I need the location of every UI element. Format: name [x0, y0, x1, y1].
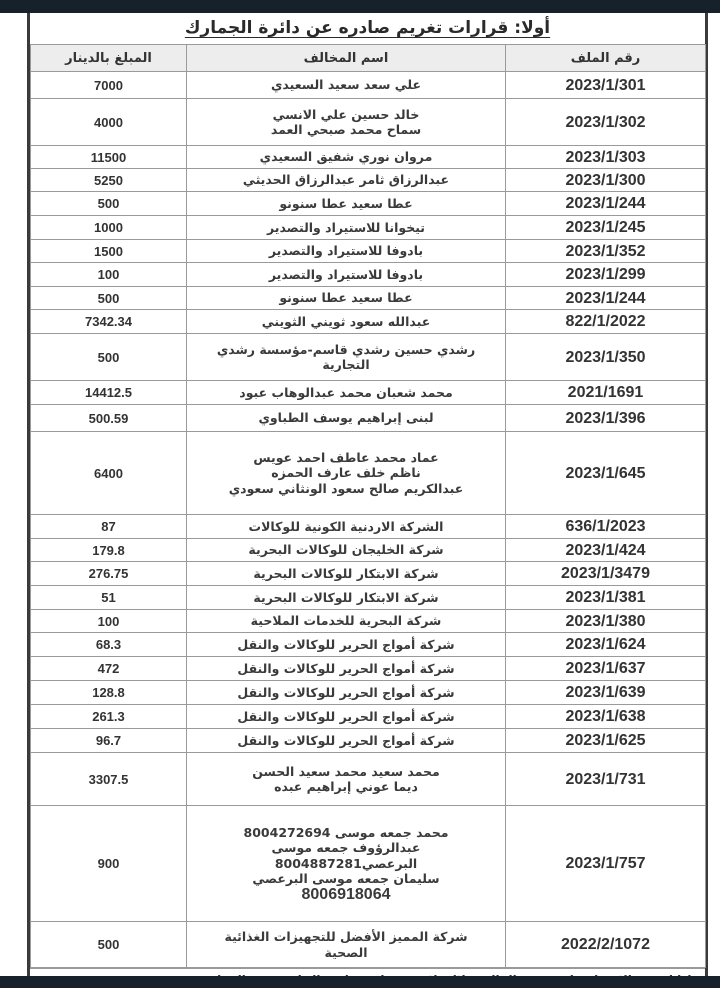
file-number-cell: 2023/1/396 — [506, 405, 706, 432]
table-row: 2023/1/3479شركة الابتكار للوكالات البحري… — [31, 562, 706, 586]
violator-name-cell: بادوفا للاستيراد والتصدير — [187, 263, 506, 287]
violator-name-line: شركة البحرية للخدمات الملاحية — [191, 613, 501, 629]
file-number-cell: 2023/1/731 — [506, 753, 706, 806]
violator-name-cell: شركة الابتكار للوكالات البحرية — [187, 562, 506, 586]
violator-name-line: عبدالرؤوف جمعه موسى — [191, 840, 501, 856]
file-number-cell: 2023/1/625 — [506, 729, 706, 753]
violator-name-line: شركة أمواج الحرير للوكالات والنقل — [191, 637, 501, 653]
violator-name-line: شركة أمواج الحرير للوكالات والنقل — [191, 661, 501, 677]
table-row: 636/1/2023الشركة الاردنية الكونية للوكال… — [31, 515, 706, 539]
amount-cell: 128.8 — [31, 681, 187, 705]
violator-name-cell: تيخوانا للاستيراد والتصدير — [187, 216, 506, 240]
table-row: 2023/1/381شركة الابتكار للوكالات البحرية… — [31, 586, 706, 610]
table-row: 2023/1/638شركة أمواج الحرير للوكالات وال… — [31, 705, 706, 729]
violator-name-line: ناظم خلف عارف الحمزه — [191, 465, 501, 481]
table-row: 2023/1/302خالد حسين علي الانسيسماح محمد … — [31, 99, 706, 146]
table-row: 2023/1/637شركة أمواج الحرير للوكالات وال… — [31, 657, 706, 681]
violator-name-cell: شركة المميز الأفضل للتجهيزات الغذائيةالص… — [187, 922, 506, 968]
violator-name-line: شركة أمواج الحرير للوكالات والنقل — [191, 709, 501, 725]
table-row: 2023/1/639شركة أمواج الحرير للوكالات وال… — [31, 681, 706, 705]
violator-name-cell: الشركة الاردنية الكونية للوكالات — [187, 515, 506, 539]
violator-name-line: عماد محمد عاطف احمد عويس — [191, 450, 501, 466]
violator-name-cell: شركة الابتكار للوكالات البحرية — [187, 586, 506, 610]
table-row: 2023/1/300عبدالرزاق ثامر عبدالرزاق الحدي… — [31, 169, 706, 192]
table-row: 2023/1/731محمد سعيد محمد سعيد الحسنديما … — [31, 753, 706, 806]
violator-name-cell: محمد جمعه موسى 8004272694عبدالرؤوف جمعه … — [187, 806, 506, 922]
violator-name-line: عبدالله سعود ثويني الثويني — [191, 314, 501, 330]
amount-cell: 14412.5 — [31, 381, 187, 405]
amount-cell: 100 — [31, 610, 187, 633]
violator-name-line: عبدالرزاق ثامر عبدالرزاق الحديثي — [191, 172, 501, 188]
table-row: 2023/1/380شركة البحرية للخدمات الملاحية1… — [31, 610, 706, 633]
violator-name-cell: لبنى إبراهيم يوسف الطباوي — [187, 405, 506, 432]
table-row: 2023/1/301علي سعد سعيد السعيدي7000 — [31, 72, 706, 99]
file-number-cell: 2023/1/381 — [506, 586, 706, 610]
violator-name-cell: بادوفا للاستيراد والتصدير — [187, 240, 506, 263]
violator-name-cell: عطا سعيد عطا سنونو — [187, 287, 506, 310]
amount-cell: 500 — [31, 192, 187, 216]
file-number-cell: 2023/1/303 — [506, 146, 706, 169]
amount-cell: 51 — [31, 586, 187, 610]
table-row: 2023/1/625شركة أمواج الحرير للوكالات وال… — [31, 729, 706, 753]
violator-name-line: شركة المميز الأفضل للتجهيزات الغذائية — [191, 929, 501, 945]
file-number-cell: 2023/1/244 — [506, 287, 706, 310]
violator-name-line: التجارية — [191, 357, 501, 373]
file-number-cell: 2023/1/424 — [506, 539, 706, 562]
table-row: 2023/1/757محمد جمعه موسى 8004272694عبدال… — [31, 806, 706, 922]
amount-cell: 500 — [31, 334, 187, 381]
file-number-cell: 2021/1691 — [506, 381, 706, 405]
violator-name-cell: شركة الخليجان للوكالات البحرية — [187, 539, 506, 562]
file-number-cell: 2023/1/302 — [506, 99, 706, 146]
amount-cell: 276.75 — [31, 562, 187, 586]
violator-name-line: سليمان جمعه موسى البرعصي — [191, 871, 501, 887]
violator-name-cell: مروان نوري شفيق السعيدي — [187, 146, 506, 169]
amount-cell: 6400 — [31, 432, 187, 515]
file-number-cell: 2023/1/757 — [506, 806, 706, 922]
amount-cell: 3307.5 — [31, 753, 187, 806]
violator-name-cell: محمد شعبان محمد عبدالوهاب عبود — [187, 381, 506, 405]
violator-name-cell: خالد حسين علي الانسيسماح محمد صبحي العمد — [187, 99, 506, 146]
table-row: 2023/1/396لبنى إبراهيم يوسف الطباوي500.5… — [31, 405, 706, 432]
file-number-cell: 822/1/2022 — [506, 310, 706, 334]
file-number-cell: 2023/1/645 — [506, 432, 706, 515]
violator-name-cell: عطا سعيد عطا سنونو — [187, 192, 506, 216]
violator-name-line: مروان نوري شفيق السعيدي — [191, 149, 501, 165]
violator-name-line: سماح محمد صبحي العمد — [191, 122, 501, 138]
amount-cell: 68.3 — [31, 633, 187, 657]
amount-cell: 11500 — [31, 146, 187, 169]
amount-cell: 900 — [31, 806, 187, 922]
table-row: 2023/1/645عماد محمد عاطف احمد عويسناظم خ… — [31, 432, 706, 515]
violator-name-line: الشركة الاردنية الكونية للوكالات — [191, 519, 501, 535]
amount-cell: 5250 — [31, 169, 187, 192]
amount-cell: 7000 — [31, 72, 187, 99]
amount-cell: 4000 — [31, 99, 187, 146]
table-row: 2023/1/624شركة أمواج الحرير للوكالات وال… — [31, 633, 706, 657]
fines-table: رقم الملف اسم المخالف المبلغ بالدينار 20… — [30, 44, 706, 968]
violator-name-line: بادوفا للاستيراد والتصدير — [191, 243, 501, 259]
violator-name-line: شركة الابتكار للوكالات البحرية — [191, 566, 501, 582]
violator-name-line: شركة الخليجان للوكالات البحرية — [191, 542, 501, 558]
table-row: 2023/1/299بادوفا للاستيراد والتصدير100 — [31, 263, 706, 287]
file-number-cell: 2023/1/639 — [506, 681, 706, 705]
violator-name-line: الصحية — [191, 945, 501, 961]
violator-name-cell: شركة أمواج الحرير للوكالات والنقل — [187, 705, 506, 729]
amount-cell: 179.8 — [31, 539, 187, 562]
file-number-cell: 2023/1/638 — [506, 705, 706, 729]
document-title-text: أولا: قرارات تغريم صادره عن دائرة الجمار… — [185, 18, 550, 38]
table-row: 2023/1/424شركة الخليجان للوكالات البحرية… — [31, 539, 706, 562]
violator-name-cell: عماد محمد عاطف احمد عويسناظم خلف عارف ال… — [187, 432, 506, 515]
document-page: أولا: قرارات تغريم صادره عن دائرة الجمار… — [27, 13, 708, 976]
violator-name-line: 8006918064 — [191, 887, 501, 903]
file-number-cell: 2023/1/301 — [506, 72, 706, 99]
file-number-cell: 2023/1/3479 — [506, 562, 706, 586]
violator-name-line: لبنى إبراهيم يوسف الطباوي — [191, 410, 501, 426]
amount-cell: 96.7 — [31, 729, 187, 753]
table-row: 2023/1/245تيخوانا للاستيراد والتصدير1000 — [31, 216, 706, 240]
amount-cell: 500 — [31, 922, 187, 968]
table-row: 2023/1/352بادوفا للاستيراد والتصدير1500 — [31, 240, 706, 263]
file-number-cell: 2023/1/352 — [506, 240, 706, 263]
top-dark-bar — [0, 0, 720, 13]
violator-name-cell: محمد سعيد محمد سعيد الحسنديما عوني إبراه… — [187, 753, 506, 806]
violator-name-cell: شركة أمواج الحرير للوكالات والنقل — [187, 657, 506, 681]
amount-cell: 7342.34 — [31, 310, 187, 334]
violator-name-line: شركة أمواج الحرير للوكالات والنقل — [191, 733, 501, 749]
table-row: 2023/1/303مروان نوري شفيق السعيدي11500 — [31, 146, 706, 169]
table-row: 2023/1/350رشدي حسين رشدي قاسم-مؤسسة رشدي… — [31, 334, 706, 381]
file-number-cell: 2023/1/245 — [506, 216, 706, 240]
file-number-cell: 2023/1/299 — [506, 263, 706, 287]
violator-name-line: رشدي حسين رشدي قاسم-مؤسسة رشدي — [191, 342, 501, 358]
file-number-cell: 2022/2/1072 — [506, 922, 706, 968]
violator-name-line: محمد سعيد محمد سعيد الحسن — [191, 764, 501, 780]
file-number-cell: 2023/1/380 — [506, 610, 706, 633]
table-row: 2023/1/244عطا سعيد عطا سنونو500 — [31, 192, 706, 216]
amount-cell: 261.3 — [31, 705, 187, 729]
violator-name-cell: علي سعد سعيد السعيدي — [187, 72, 506, 99]
table-row: 2023/1/244عطا سعيد عطا سنونو500 — [31, 287, 706, 310]
violator-name-line: تيخوانا للاستيراد والتصدير — [191, 220, 501, 236]
violator-name-line: شركة الابتكار للوكالات البحرية — [191, 590, 501, 606]
violator-name-line: بادوفا للاستيراد والتصدير — [191, 267, 501, 283]
file-number-cell: 2023/1/300 — [506, 169, 706, 192]
table-body: 2023/1/301علي سعد سعيد السعيدي70002023/1… — [31, 72, 706, 968]
amount-cell: 1500 — [31, 240, 187, 263]
violator-name-line: البرعصي8004887281 — [191, 856, 501, 872]
violator-name-line: محمد شعبان محمد عبدالوهاب عبود — [191, 385, 501, 401]
amount-cell: 472 — [31, 657, 187, 681]
table-row: 822/1/2022عبدالله سعود ثويني الثويني7342… — [31, 310, 706, 334]
amount-cell: 500.59 — [31, 405, 187, 432]
violator-name-cell: عبدالله سعود ثويني الثويني — [187, 310, 506, 334]
violator-name-cell: شركة أمواج الحرير للوكالات والنقل — [187, 681, 506, 705]
violator-name-line: شركة أمواج الحرير للوكالات والنقل — [191, 685, 501, 701]
violator-name-line: ديما عوني إبراهيم عبده — [191, 779, 501, 795]
violator-name-line: محمد جمعه موسى 8004272694 — [191, 825, 501, 841]
column-header-amount: المبلغ بالدينار — [31, 45, 187, 72]
file-number-cell: 2023/1/624 — [506, 633, 706, 657]
table-header-row: رقم الملف اسم المخالف المبلغ بالدينار — [31, 45, 706, 72]
amount-cell: 1000 — [31, 216, 187, 240]
violator-name-line: خالد حسين علي الانسي — [191, 107, 501, 123]
violator-name-line: عطا سعيد عطا سنونو — [191, 290, 501, 306]
file-number-cell: 2023/1/637 — [506, 657, 706, 681]
violator-name-cell: شركة أمواج الحرير للوكالات والنقل — [187, 633, 506, 657]
violator-name-cell: شركة أمواج الحرير للوكالات والنقل — [187, 729, 506, 753]
amount-cell: 100 — [31, 263, 187, 287]
table-row: 2022/2/1072شركة المميز الأفضل للتجهيزات … — [31, 922, 706, 968]
amount-cell: 500 — [31, 287, 187, 310]
table-row: 2021/1691محمد شعبان محمد عبدالوهاب عبود1… — [31, 381, 706, 405]
violator-name-cell: رشدي حسين رشدي قاسم-مؤسسة رشديالتجارية — [187, 334, 506, 381]
column-header-file-no: رقم الملف — [506, 45, 706, 72]
amount-cell: 87 — [31, 515, 187, 539]
violator-name-cell: عبدالرزاق ثامر عبدالرزاق الحديثي — [187, 169, 506, 192]
file-number-cell: 2023/1/350 — [506, 334, 706, 381]
bottom-dark-bar — [0, 976, 720, 988]
file-number-cell: 636/1/2023 — [506, 515, 706, 539]
file-number-cell: 2023/1/244 — [506, 192, 706, 216]
violator-name-line: عطا سعيد عطا سنونو — [191, 196, 501, 212]
violator-name-line: علي سعد سعيد السعيدي — [191, 77, 501, 93]
column-header-violator-name: اسم المخالف — [187, 45, 506, 72]
violator-name-line: عبدالكريم صالح سعود الونثاني سعودي — [191, 481, 501, 497]
document-title: أولا: قرارات تغريم صادره عن دائرة الجمار… — [30, 13, 705, 44]
violator-name-cell: شركة البحرية للخدمات الملاحية — [187, 610, 506, 633]
